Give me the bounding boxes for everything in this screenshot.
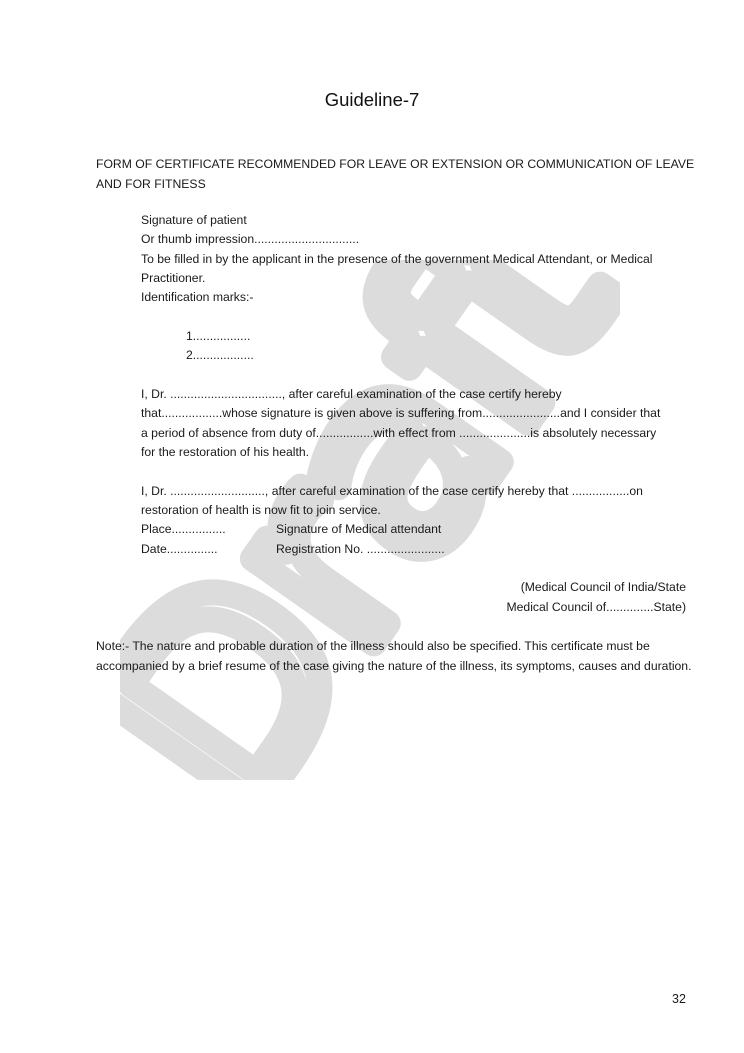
identification-mark-1: 1.................: [186, 327, 250, 347]
leave-cert-line-1: I, Dr. .................................…: [141, 385, 562, 405]
date-field: Date...............: [141, 540, 218, 560]
place-field: Place................: [141, 520, 226, 540]
registration-number-field: Registration No. .......................: [276, 540, 445, 560]
instruction-text-cont: Practitioner.: [141, 269, 205, 289]
identification-mark-2: 2..................: [186, 346, 254, 366]
medical-attendant-signature-label: Signature of Medical attendant: [276, 520, 441, 540]
identification-marks-label: Identification marks:-: [141, 288, 253, 308]
council-line-2: Medical Council of..............State): [507, 598, 687, 618]
leave-cert-line-3: a period of absence from duty of........…: [141, 424, 656, 444]
leave-cert-line-4: for the restoration of his health.: [141, 443, 309, 463]
patient-signature-label: Signature of patient: [141, 211, 247, 231]
note-text: Note:- The nature and probable duration …: [96, 636, 696, 676]
instruction-text: To be filled in by the applicant in the …: [141, 250, 653, 270]
fitness-cert-line-1: I, Dr. ............................, aft…: [141, 482, 643, 502]
page-title: Guideline-7: [0, 89, 744, 111]
document-page: Draft Guideline-7 FORM OF CERTIFICATE RE…: [0, 0, 744, 1053]
page-number: 32: [672, 992, 686, 1006]
thumb-impression-field: Or thumb impression.....................…: [141, 230, 359, 250]
form-heading: FORM OF CERTIFICATE RECOMMENDED FOR LEAV…: [96, 154, 696, 194]
leave-cert-line-2: that..................whose signature is…: [141, 404, 660, 424]
council-line-1: (Medical Council of India/State: [521, 578, 686, 598]
fitness-cert-line-2: restoration of health is now fit to join…: [141, 501, 381, 521]
